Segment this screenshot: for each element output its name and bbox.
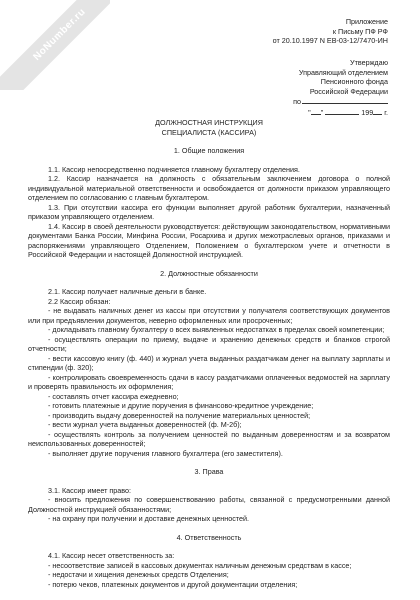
list-item: - осуществлять контроль за получением це… <box>28 430 390 449</box>
list-item: - осуществлять операции по приему, выдач… <box>28 335 390 354</box>
quote-close: " <box>321 108 324 118</box>
list-item: - не выдавать наличных денег из кассы пр… <box>28 306 390 325</box>
title-line-2: СПЕЦИАЛИСТА (КАССИРА) <box>28 128 390 138</box>
list-item: - вносить предложения по совершенствован… <box>28 495 390 514</box>
list-item: - выполняет другие поручения главного бу… <box>28 449 390 459</box>
approval-signature-line: по <box>293 96 388 107</box>
year-suffix: г. <box>384 108 388 118</box>
header-line: к Письму ПФ РФ <box>273 27 388 37</box>
header-line: Приложение <box>273 17 388 27</box>
section-heading-duties: 2. Должностные обязанности <box>28 269 390 279</box>
list-item: - несоответствие записей в кассовых доку… <box>28 561 390 571</box>
list-item: - докладывать главному бухгалтеру о всех… <box>28 325 390 335</box>
document-body: ДОЛЖНОСТНАЯ ИНСТРУКЦИЯ СПЕЦИАЛИСТА (КАСС… <box>28 118 390 589</box>
list-item: - производить выдачу доверенностей на по… <box>28 411 390 421</box>
section-heading-responsibility: 4. Ответственность <box>28 533 390 543</box>
approval-line: Российской Федерации <box>293 87 388 97</box>
paragraph: 2.2 Кассир обязан: <box>28 297 390 307</box>
paragraph: 4.1. Кассир несет ответственность за: <box>28 551 390 561</box>
paragraph: 1.4. Кассир в своей деятельности руковод… <box>28 222 390 260</box>
title-line-1: ДОЛЖНОСТНАЯ ИНСТРУКЦИЯ <box>28 118 390 128</box>
list-item: - недостачи и хищения денежных средств О… <box>28 570 390 580</box>
paragraph: 3.1. Кассир имеет право: <box>28 486 390 496</box>
section-heading-rights: 3. Права <box>28 467 390 477</box>
year-blank <box>373 107 382 115</box>
approval-block: Утверждаю Управляющий отделением Пенсион… <box>293 58 388 117</box>
list-item: - составлять отчет кассира ежедневно; <box>28 392 390 402</box>
approval-date-line: " " 199 г. <box>293 107 388 118</box>
list-item: - потерю чеков, платежных документов и д… <box>28 580 390 590</box>
paragraph: 1.2. Кассир назначается на должность с о… <box>28 174 390 203</box>
attachment-header: Приложение к Письму ПФ РФ от 20.10.1997 … <box>273 17 388 46</box>
month-blank <box>325 107 359 115</box>
list-item: - готовить платежные и другие поручения … <box>28 401 390 411</box>
signature-blank <box>302 96 388 104</box>
paragraph: 2.1. Кассир получает наличные деньги в б… <box>28 287 390 297</box>
watermark: NoNumber.ru <box>0 0 110 90</box>
list-item: - вести кассовую книгу (ф. 440) и журнал… <box>28 354 390 373</box>
paragraph: 1.1. Кассир непосредственно подчиняется … <box>28 165 390 175</box>
header-line: от 20.10.1997 N ЕВ-03-12/7470-ИН <box>273 36 388 46</box>
po-label: по <box>293 97 301 107</box>
list-item: - контролировать своевременность сдачи в… <box>28 373 390 392</box>
paragraph: 1.3. При отсутствии кассира его функции … <box>28 203 390 222</box>
list-item: - вести журнал учета выданных довереннос… <box>28 420 390 430</box>
approval-line: Управляющий отделением <box>293 68 388 78</box>
approval-line: Утверждаю <box>293 58 388 68</box>
year-label: 199 <box>361 108 373 118</box>
day-blank <box>311 107 321 115</box>
document-title: ДОЛЖНОСТНАЯ ИНСТРУКЦИЯ СПЕЦИАЛИСТА (КАСС… <box>28 118 390 137</box>
watermark-area: NoNumber.ru <box>0 0 110 90</box>
approval-line: Пенсионного фонда <box>293 77 388 87</box>
section-heading-general: 1. Общие положения <box>28 146 390 156</box>
list-item: - на охрану при получении и доставке ден… <box>28 514 390 524</box>
